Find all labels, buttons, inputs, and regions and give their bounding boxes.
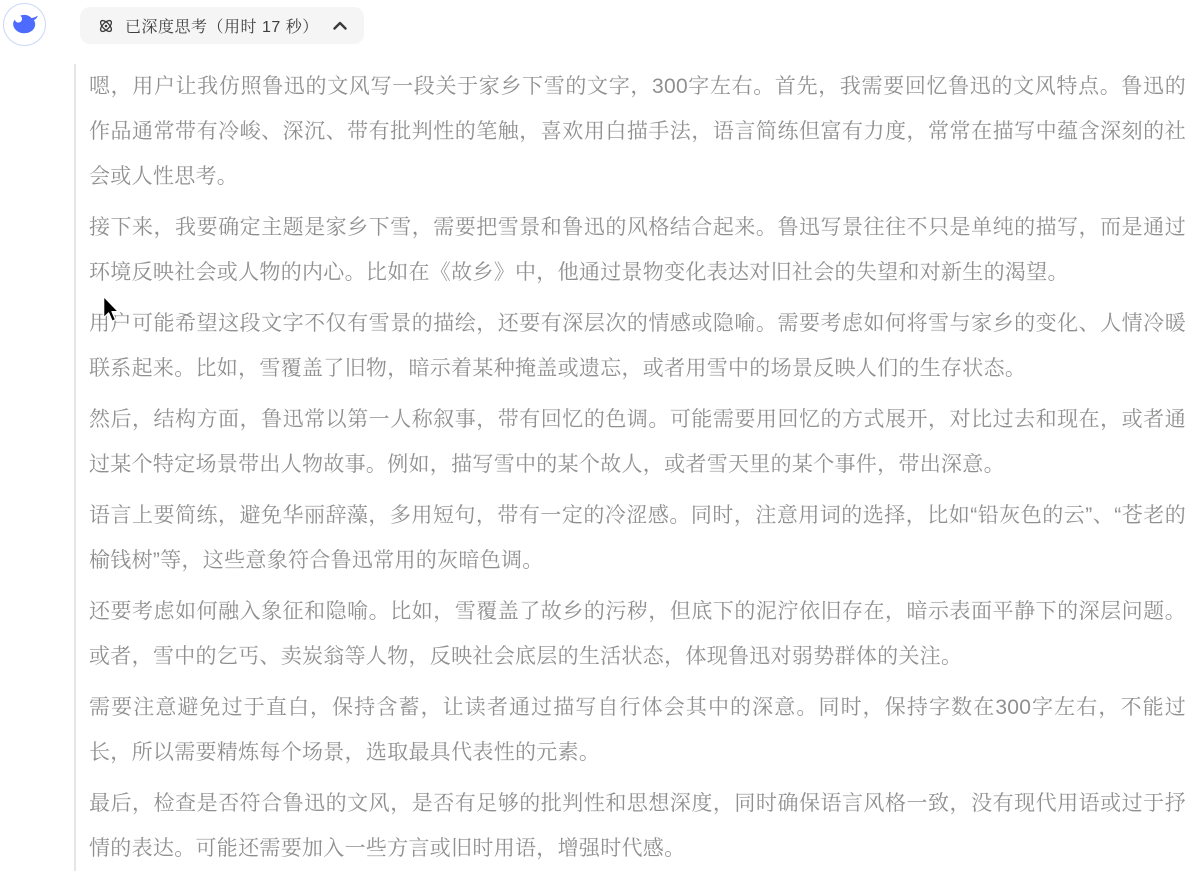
thinking-paragraph: 最后，检查是否符合鲁迅的文风，是否有足够的批判性和思想深度，同时确保语言风格一致… bbox=[89, 781, 1186, 871]
chevron-up-icon bbox=[333, 21, 347, 30]
thinking-paragraph: 接下来，我要确定主题是家乡下雪，需要把雪景和鲁迅的风格结合起来。鲁迅写景往往不只… bbox=[89, 205, 1186, 295]
deep-think-label: 已深度思考（用时 17 秒） bbox=[125, 14, 319, 37]
thinking-paragraph: 用户可能希望这段文字不仅有雪景的描绘，还要有深层次的情感或隐喻。需要考虑如何将雪… bbox=[89, 301, 1186, 391]
thinking-content: 嗯，用户让我仿照鲁迅的文风写一段关于家乡下雪的文字，300字左右。首先，我需要回… bbox=[89, 64, 1186, 871]
thinking-section: 嗯，用户让我仿照鲁迅的文风写一段关于家乡下雪的文字，300字左右。首先，我需要回… bbox=[74, 64, 1186, 871]
thinking-paragraph: 还要考虑如何融入象征和隐喻。比如，雪覆盖了故乡的污秽，但底下的泥泞依旧存在，暗示… bbox=[89, 589, 1186, 679]
thinking-paragraph: 语言上要简练，避免华丽辞藻，多用短句，带有一定的冷涩感。同时，注意用词的选择，比… bbox=[89, 493, 1186, 583]
thinking-paragraph: 然后，结构方面，鲁迅常以第一人称叙事，带有回忆的色调。可能需要用回忆的方式展开，… bbox=[89, 397, 1186, 487]
deepseek-logo bbox=[3, 3, 46, 46]
deep-think-toggle-button[interactable]: 已深度思考（用时 17 秒） bbox=[80, 7, 364, 44]
thinking-paragraph: 嗯，用户让我仿照鲁迅的文风写一段关于家乡下雪的文字，300字左右。首先，我需要回… bbox=[89, 64, 1186, 199]
deepthink-atom-icon bbox=[97, 17, 115, 35]
thinking-paragraph: 需要注意避免过于直白，保持含蓄，让读者通过描写自行体会其中的深意。同时，保持字数… bbox=[89, 685, 1186, 775]
whale-icon bbox=[11, 14, 39, 36]
